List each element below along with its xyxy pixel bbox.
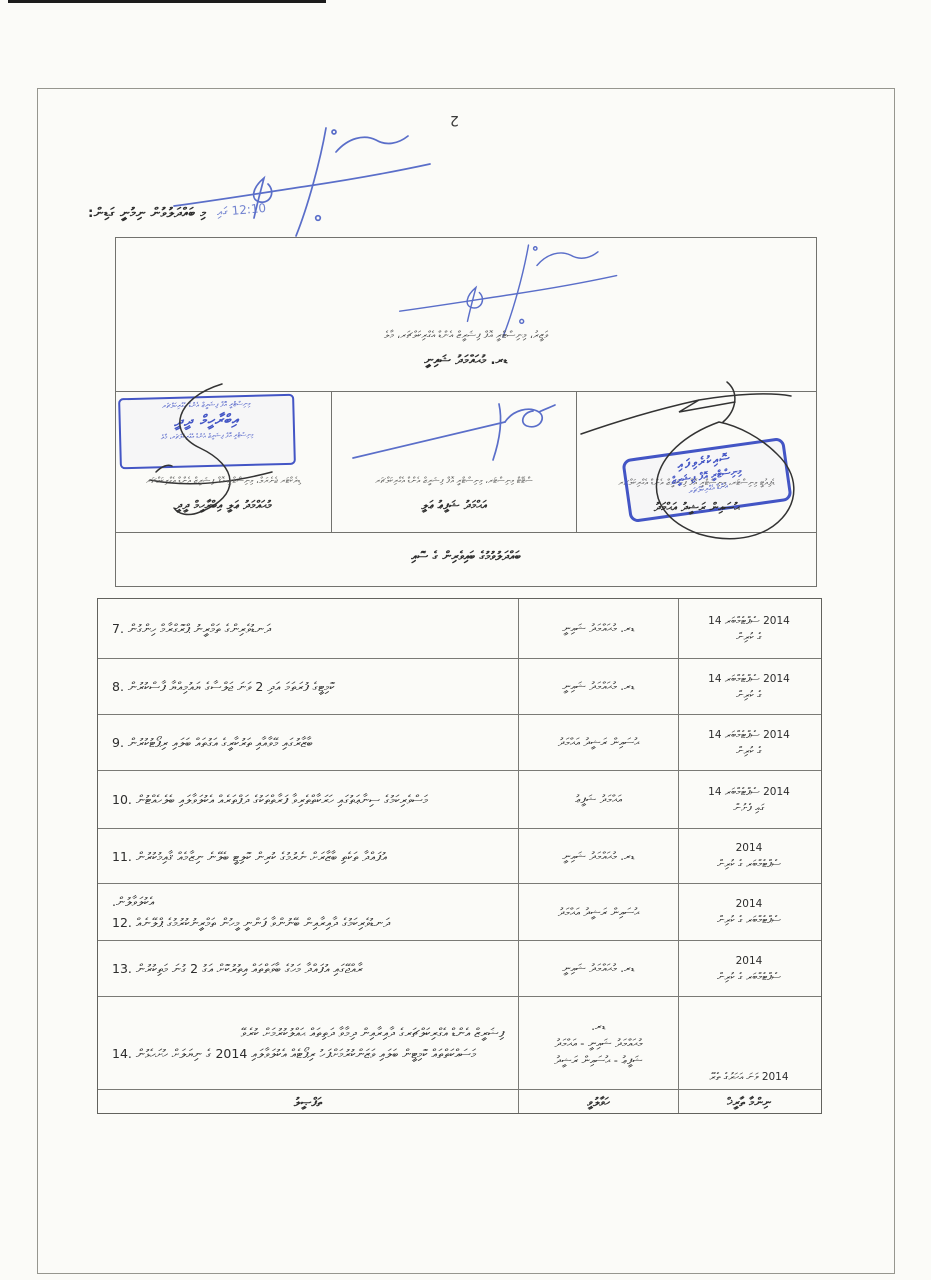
deadline-date: 2014 ސެޕްޓެމްބަރ 14ގައި ފެށުން	[678, 771, 819, 828]
agenda-item-text: ރާއްޖޭގައި އުފައްދާ މަހުގެ ބާވަތްތައް އި…	[112, 958, 504, 979]
deadline-text: 2014	[679, 896, 819, 912]
header-details: ތަފްޞީލު	[98, 1090, 518, 1113]
meeting-end-handwritten-time: 12:10 ގައި	[216, 201, 267, 220]
agenda-item-details: މަސްވެރިކަމުގެ ސިނާޢަތުގައި ހަރަކާތްތެރި…	[98, 771, 518, 828]
assigned-person-text: ޙުސައިން ރަޝީދު އަޙްމަދު	[519, 904, 678, 921]
agenda-item-text: އެކުލަވާލުން.	[112, 891, 504, 912]
signer-right-name: ޙުސައިން ރަޝީދު އަޙްމަދު	[577, 500, 816, 515]
assigned-person-text: މުޙައްމަދު ޝައިނީ - އަޙްމަދު	[519, 1035, 678, 1052]
deadline-text: ގެ ކުރިން	[679, 687, 819, 703]
chair-name: ޑރ. މުޙައްމަދު ޝައިނީ	[116, 353, 816, 368]
agenda-item-details: އުފައްދާ ތަކެތި ބާޒާރަށް ނެރުމުގެ ކުރިން…	[98, 829, 518, 883]
deadline-text: ސެޕްޓެމްބަރ ގެ ކުރިން	[679, 856, 819, 872]
signature-box-footer-text: ބައްދަލުވުމުގެ ބައިވެރިން ގެ ސޮއި	[116, 548, 816, 564]
agenda-item-text: ފިޝަރީޒް އެންޑް އެގްރިކަލްޗަރގެ ދާއިރާއި…	[112, 1022, 504, 1043]
agenda-item-text: ދަނޑުވެރިކަމުގެ ދާއިރާއިން ބޭނުންވާ ފަން…	[112, 912, 504, 933]
deadline-date: 2014 ސެޕްޓެމްބަރ 14ގެ ކުރިން	[678, 659, 819, 714]
assigned-person: ޑރ. މުޙައްމަދު ޝައިނީ	[518, 659, 678, 714]
assigned-person-text: ޑރ. މުޙައްމަދު ޝައިނީ	[519, 848, 678, 865]
agenda-item-details: އެކުލަވާލުން.ދަނޑުވެރިކަމުގެ ދާއިރާއިން …	[98, 884, 518, 940]
deadline-date: 2014ސެޕްޓެމްބަރ ގެ ކުރިން	[678, 941, 819, 996]
agenda-item-details: ފިޝަރީޒް އެންޑް އެގްރިކަލްޗަރގެ ދާއިރާއި…	[98, 997, 518, 1089]
deadline-date: 2014 ސެޕްޓެމްބަރ 14ގެ ކުރިން	[678, 599, 819, 658]
deadline-text: 2014 ސެޕްޓެމްބަރ 14	[679, 671, 819, 687]
minutes-table: ދަނޑުވެރިންގެ ތަމްރީނު ޕްރޮގްރާމް ހިންގު…	[97, 598, 822, 1114]
table-header-row: ތަފްޞީލުހަވާލުވީނިންމާ ތާރީޚް	[98, 1089, 821, 1113]
assigned-person: ޑރ. މުޙައްމަދު ޝައިނީ	[518, 941, 678, 996]
assigned-person-text: ޑރ. މުޙައްމަދު ޝައިނީ	[519, 678, 678, 695]
deadline-text: ގައި ފެށުން	[679, 800, 819, 816]
deadline-text: 2014	[679, 840, 819, 856]
agenda-item-text: އުފައްދާ ތަކެތި ބާޒާރަށް ނެރުމުގެ ކުރިން…	[112, 846, 504, 867]
signer-left-role: ޑިރެކްޓަރ ޖެނެރަލް، މިނިސްޓްރީ އޮފް ފިޝަ…	[116, 476, 331, 486]
header-assigned: ހަވާލުވީ	[518, 1090, 678, 1113]
chair-role: ވަޒީރު، މިނިސްޓްރީ އޮފް ފިޝަރީޒް އެންޑް …	[116, 330, 816, 341]
table-row: އުފައްދާ ތަކެތި ބާޒާރަށް ނެރުމުގެ ކުރިން…	[98, 828, 821, 883]
agenda-item-details: ކޮމިޓީގެ ފުރަތަމަ އަދި 2 ވަނަ ޖަލްސާގެ ޔ…	[98, 659, 518, 714]
table-row: ރާއްޖޭގައި އުފައްދާ މަހުގެ ބާވަތްތައް އި…	[98, 940, 821, 996]
agenda-item-text: މަސްވެރިކަމުގެ ސިނާޢަތުގައި ހަރަކާތްތެރި…	[112, 789, 504, 810]
signer-middle-name: އަޙްމަދު ޝަފީޢު ޢަލީ	[332, 498, 577, 513]
table-row: މަސްވެރިކަމުގެ ސިނާޢަތުގައި ހަރަކާތްތެރި…	[98, 770, 821, 828]
page-number: 2	[450, 112, 459, 128]
deadline-date: 2014ސެޕްޓެމްބަރ ގެ ކުރިން	[678, 884, 819, 940]
deadline-text: ސެޕްޓެމްބަރ ގެ ކުރިން	[679, 969, 819, 985]
agenda-item-details: ބާޒާރުގައި މޭވާއާއި ތަރުކާރީގެ އަގުތައް …	[98, 715, 518, 770]
assigned-person-text: ޑރ. މުޙައްމަދު ޝައިނީ	[519, 960, 678, 977]
assigned-person: ޑރ. މުޙައްމަދު ޝައިނީ	[518, 599, 678, 658]
assigned-person: ޙުސައިން ރަޝީދު އަޙްމަދު	[518, 715, 678, 770]
signature-chair-box-icon	[384, 240, 634, 340]
assigned-person-text: ޑރ.	[519, 1018, 678, 1035]
agenda-item-details: ރާއްޖޭގައި އުފައްދާ މަހުގެ ބާވަތްތައް އި…	[98, 941, 518, 996]
assigned-person-text: ޙުސައިން ރަޝީދު އަޙްމަދު	[519, 734, 678, 751]
agenda-item-text: ދަނޑުވެރިންގެ ތަމްރީނު ޕްރޮގްރާމް ހިންގު…	[112, 618, 504, 639]
deadline-text: 2014 ސެޕްޓެމްބަރ 14	[679, 613, 819, 629]
assigned-person-text: އަޙްމަދު ޝަފީޢު	[519, 791, 678, 808]
scan-edge-artifact	[8, 0, 326, 3]
agenda-item-text: ކޮމިޓީގެ ފުރަތަމަ އަދި 2 ވަނަ ޖަލްސާގެ ޔ…	[112, 676, 504, 697]
signature-middle-icon	[347, 402, 557, 464]
signature-chair-top-icon	[168, 122, 438, 240]
deadline-text: 2014	[679, 953, 819, 969]
deadline-date: 2014ސެޕްޓެމްބަރ ގެ ކުރިން	[678, 829, 819, 883]
agenda-item-details: ދަނޑުވެރިންގެ ތަމްރީނު ޕްރޮގްރާމް ހިންގު…	[98, 599, 518, 658]
meeting-end-label: މި ބައްދަލުވުން ނިމުނީ ގަޑިން:	[88, 205, 207, 221]
meeting-end-line: މި ބައްދަލުވުން ނިމުނީ ގަޑިން: 12:10 ގައ…	[88, 205, 266, 221]
signer-left-name: މުޙައްމަދު ޢަލީ އިބްރާހީމް ދީދީ	[116, 498, 331, 513]
signer-middle-cell: ސްޓޭޓް މިނިސްޓަރ، މިނިސްޓްރީ އޮފް ފިޝަރީ…	[331, 392, 577, 532]
signature-box: ވަޒީރު، މިނިސްޓްރީ އޮފް ފިޝަރީޒް އެންޑް …	[115, 237, 817, 587]
deadline-text: 2014 ސެޕްޓެމްބަރ 14	[679, 784, 819, 800]
signers-row: މިނިސްޓްރީ އޮފް ފިޝަރީޒް އެންޑް އެގްރިކަ…	[116, 391, 816, 533]
signature-box-footer: ބައްދަލުވުމުގެ ބައިވެރިން ގެ ސޮއި	[116, 531, 816, 586]
assigned-person: ޑރ. މުޙައްމަދު ޝައިނީ	[518, 829, 678, 883]
assigned-person-text: ޝަފީޢު - ޙުސައިން ރަޝީދު	[519, 1052, 678, 1069]
table-row: ބާޒާރުގައި މޭވާއާއި ތަރުކާރީގެ އަގުތައް …	[98, 714, 821, 770]
signer-middle-role: ސްޓޭޓް މިނިސްޓަރ، މިނިސްޓްރީ އޮފް ފިޝަރީ…	[332, 476, 577, 486]
table-row: ކޮމިޓީގެ ފުރަތަމަ އަދި 2 ވަނަ ޖަލްސާގެ ޔ…	[98, 658, 821, 714]
table-row: އެކުލަވާލުން.ދަނޑުވެރިކަމުގެ ދާއިރާއިން …	[98, 883, 821, 940]
header-deadline: ނިންމާ ތާރީޚް	[678, 1090, 819, 1113]
assigned-person: އަޙްމަދު ޝަފީޢު	[518, 771, 678, 828]
agenda-item-text: ބާޒާރުގައި މޭވާއާއި ތަރުކާރީގެ އަގުތައް …	[112, 732, 504, 753]
assigned-person: ޑރ.މުޙައްމަދު ޝައިނީ - އަޙްމަދުޝަފީޢު - …	[518, 997, 678, 1089]
assigned-person: ޙުސައިން ރަޝީދު އަޙްމަދު	[518, 884, 678, 940]
table-row: ދަނޑުވެރިންގެ ތަމްރީނު ޕްރޮގްރާމް ހިންގު…	[98, 599, 821, 658]
agenda-item-text: މަސައްކަތްތައް ކޮމިޓީން ބަލައި ވަޒަންކުރ…	[112, 1043, 504, 1064]
signer-right-cell: ޑެޕިއުޓީ މިނިސްޓަރ، މިނިސްޓްރީ އޮފް ފިޝަ…	[576, 392, 816, 532]
table-row: ފިޝަރީޒް އެންޑް އެގްރިކަލްޗަރގެ ދާއިރާއި…	[98, 996, 821, 1089]
deadline-date: 2014 ސެޕްޓެމްބަރ 14ގެ ކުރިން	[678, 715, 819, 770]
deadline-text: 2014 ސެޕްޓެމްބަރ 14	[679, 727, 819, 743]
assigned-person-text: ޑރ. މުޙައްމަދު ޝައިނީ	[519, 620, 678, 637]
deadline-text: ގެ ކުރިން	[679, 743, 819, 759]
deadline-text: ސެޕްޓެމްބަރ ގެ ކުރިން	[679, 912, 819, 928]
deadline-date: 2014 ވަނަ އަހަރުގެ ތެރޭ	[678, 997, 819, 1089]
deadline-text: ގެ ކުރިން	[679, 629, 819, 645]
deadline-text: 2014 ވަނަ އަހަރުގެ ތެރޭ	[679, 1069, 819, 1085]
signer-left-cell: މިނިސްޓްރީ އޮފް ފިޝަރީޒް އެންޑް އެގްރިކަ…	[116, 392, 331, 532]
